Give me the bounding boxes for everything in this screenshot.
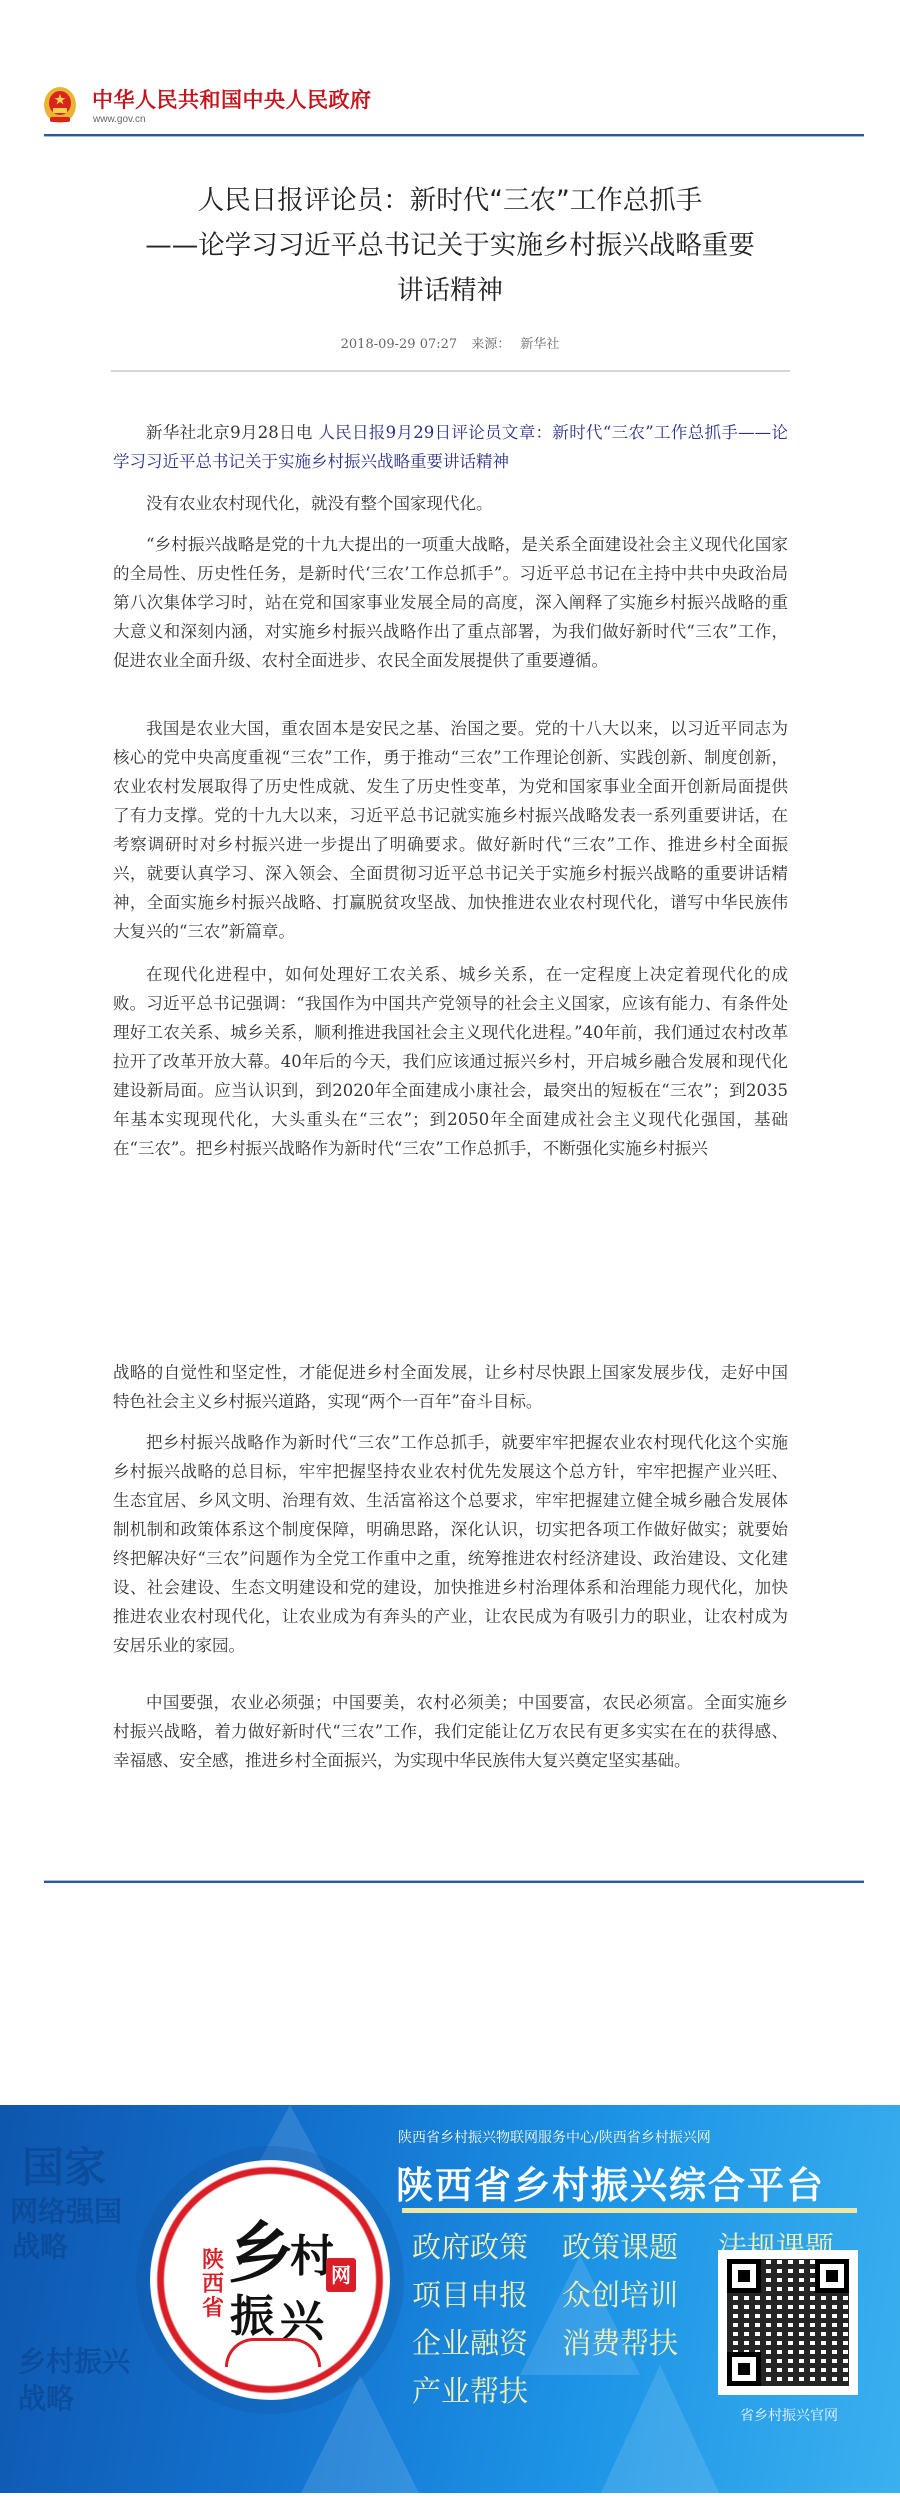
publish-date: 2018-09-29 07:27 xyxy=(341,337,458,352)
footer-divider xyxy=(44,1880,864,1883)
seal-stamp: 网 xyxy=(326,2258,356,2292)
qr-finder xyxy=(727,2352,761,2386)
article-paragraph: 在现代化进程中，如何处理好工农关系、城乡关系，在一定程度上决定着现代化的成败。习… xyxy=(113,960,788,1163)
article-paragraph: 中国要强，农业必须强；中国要美，农村必须美；中国要富，农民必须富。全面实施乡村振… xyxy=(113,1688,788,1775)
decor-triangle xyxy=(600,2365,720,2493)
paragraph-5: 把乡村振兴战略作为新时代“三农”工作总抓手，就要牢牢把握农业农村现代化这个实施乡… xyxy=(113,1428,788,1660)
title-line: 讲话精神 xyxy=(100,268,800,313)
background-word: 战略 xyxy=(12,2225,68,2265)
site-url[interactable]: www.gov.cn xyxy=(93,114,146,125)
article-paragraph: 把乡村振兴战略作为新时代“三农”工作总抓手，就要牢牢把握农业农村现代化这个实施乡… xyxy=(113,1428,788,1660)
seal-province: 陕西省 xyxy=(202,2248,224,2320)
paragraph-2: “乡村振兴战略是党的十九大提出的一项重大战略，是关系全面建设社会主义现代化国家的… xyxy=(113,530,788,675)
source-label: 来源： xyxy=(471,337,510,352)
qr-code[interactable] xyxy=(718,2250,858,2395)
paragraph-4: 在现代化进程中，如何处理好工农关系、城乡关系，在一定程度上决定着现代化的成败。习… xyxy=(113,960,788,1163)
paragraph-3: 我国是农业大国，重农固本是安民之基、治国之要。党的十八大以来，以习近平同志为核心… xyxy=(113,714,788,946)
qr-finder xyxy=(815,2259,849,2293)
banner-subtitle: 陕西省乡村振兴物联网服务中心/陕西省乡村振兴网 xyxy=(398,2127,711,2147)
banner-divider xyxy=(402,2208,857,2213)
decor-triangle xyxy=(300,2375,420,2493)
header-divider xyxy=(44,134,864,137)
seal-char: 振 xyxy=(230,2280,274,2344)
article-paragraph: 我国是农业大国，重农固本是安民之基、治国之要。党的十八大以来，以习近平同志为核心… xyxy=(113,714,788,946)
banner-item-consumption-assistance[interactable]: 消费帮扶 xyxy=(562,2321,678,2362)
article-paragraph: 没有农业农村现代化，就没有整个国家现代化。 xyxy=(113,489,788,518)
national-emblem-icon[interactable] xyxy=(42,86,78,126)
banner-item-industry-assistance[interactable]: 产业帮扶 xyxy=(412,2369,528,2410)
banner-item-project-application[interactable]: 项目申报 xyxy=(412,2273,528,2314)
lead-prefix: 新华社北京9月28日电 xyxy=(146,423,313,442)
article-title: 人民日报评论员：新时代“三农”工作总抓手 ——论学习习近平总书记关于实施乡村振兴… xyxy=(100,178,800,313)
paragraph-1: 没有农业农村现代化，就没有整个国家现代化。 xyxy=(113,489,788,518)
qr-finder xyxy=(727,2259,761,2293)
article-lead: 新华社北京9月28日电 人民日报9月29日评论员文章：新时代“三农”工作总抓手—… xyxy=(113,418,788,476)
banner-item-government-policy[interactable]: 政府政策 xyxy=(412,2225,528,2266)
article-paragraph-continued: 战略的自觉性和坚定性，才能促进乡村全面发展，让乡村尽快跟上国家发展步伐，走好中国… xyxy=(113,1358,788,1416)
article-paragraph: “乡村振兴战略是党的十九大提出的一项重大战略，是关系全面建设社会主义现代化国家的… xyxy=(113,530,788,675)
source-name: 新华社 xyxy=(520,337,559,352)
background-word: 国家 xyxy=(22,2135,106,2195)
qr-caption: 省乡村振兴官网 xyxy=(720,2405,858,2425)
paragraph-6: 中国要强，农业必须强；中国要美，农村必须美；中国要富，农民必须富。全面实施乡村振… xyxy=(113,1688,788,1775)
background-word: 战略 xyxy=(18,2377,74,2417)
banner-item-policy-topics[interactable]: 政策课题 xyxy=(562,2225,678,2266)
background-word: 乡村振兴 xyxy=(18,2340,130,2380)
banner-item-innovation-training[interactable]: 众创培训 xyxy=(562,2273,678,2314)
wave-icon xyxy=(225,2338,321,2367)
site-name[interactable]: 中华人民共和国中央人民政府 xyxy=(92,84,372,114)
site-header: 中华人民共和国中央人民政府 www.gov.cn xyxy=(0,0,900,140)
article-meta: 2018-09-29 07:27 来源：新华社 xyxy=(100,333,800,352)
background-word: 网络强国 xyxy=(10,2190,122,2230)
banner-item-enterprise-financing[interactable]: 企业融资 xyxy=(412,2321,528,2362)
title-line: 人民日报评论员：新时代“三农”工作总抓手 xyxy=(100,178,800,223)
title-divider xyxy=(111,370,790,372)
title-line: ——论学习习近平总书记关于实施乡村振兴战略重要 xyxy=(100,223,800,268)
platform-banner[interactable]: 国家 网络强国 战略 乡村振兴 战略 陕西省 乡 村 振 兴 网 陕西省乡村振兴… xyxy=(0,2105,900,2493)
paragraph-4-continued: 战略的自觉性和坚定性，才能促进乡村全面发展，让乡村尽快跟上国家发展步伐，走好中国… xyxy=(113,1358,788,1416)
rural-revitalization-seal-logo: 陕西省 乡 村 振 兴 网 xyxy=(150,2160,390,2400)
banner-title: 陕西省乡村振兴综合平台 xyxy=(396,2155,825,2209)
